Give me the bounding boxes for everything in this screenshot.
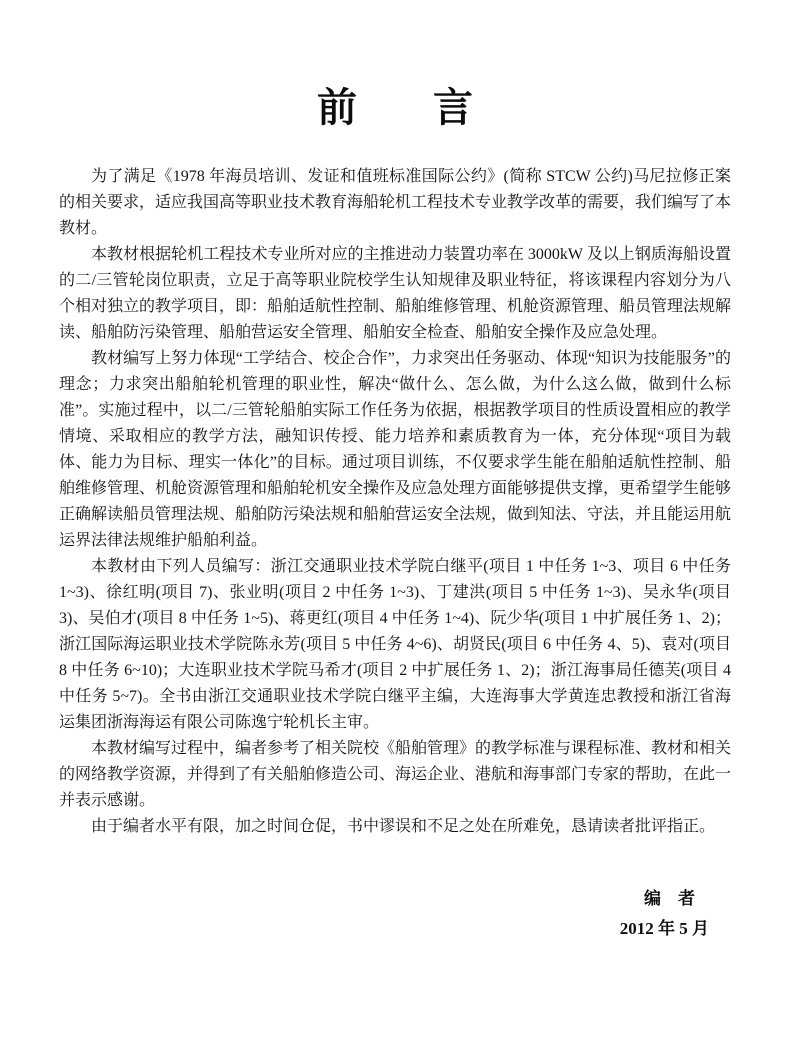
paragraph-structure: 本教材根据轮机工程技术专业所对应的主推进动力装置功率在 3000kW 及以上钢质… (59, 242, 731, 346)
signature-author: 编 者 (59, 886, 709, 912)
page-title: 前 言 (59, 86, 731, 131)
signature-date: 2012 年 5 月 (59, 916, 709, 942)
paragraph-approach: 教材编写上努力体现“工学结合、校企合作”，力求突出任务驱动、体现“知识为技能服务… (59, 346, 731, 554)
preface-body: 为了满足《1978 年海员培训、发证和值班标准国际公约》(简称 STCW 公约)… (59, 164, 731, 840)
preface-page: 前 言 为了满足《1978 年海员培训、发证和值班标准国际公约》(简称 STCW… (0, 0, 790, 1050)
paragraph-authors: 本教材由下列人员编写：浙江交通职业技术学院白继平(项目 1 中任务 1~3、项目… (59, 554, 731, 736)
paragraph-intro: 为了满足《1978 年海员培训、发证和值班标准国际公约》(简称 STCW 公约)… (59, 164, 731, 242)
paragraph-apology: 由于编者水平有限，加之时间仓促，书中谬误和不足之处在所难免，恳请读者批评指正。 (59, 814, 731, 840)
paragraph-acknowledgement: 本教材编写过程中，编者参考了相关院校《船舶管理》的教学标准与课程标准、教材和相关… (59, 736, 731, 814)
signature-block: 编 者 2012 年 5 月 (59, 886, 731, 942)
